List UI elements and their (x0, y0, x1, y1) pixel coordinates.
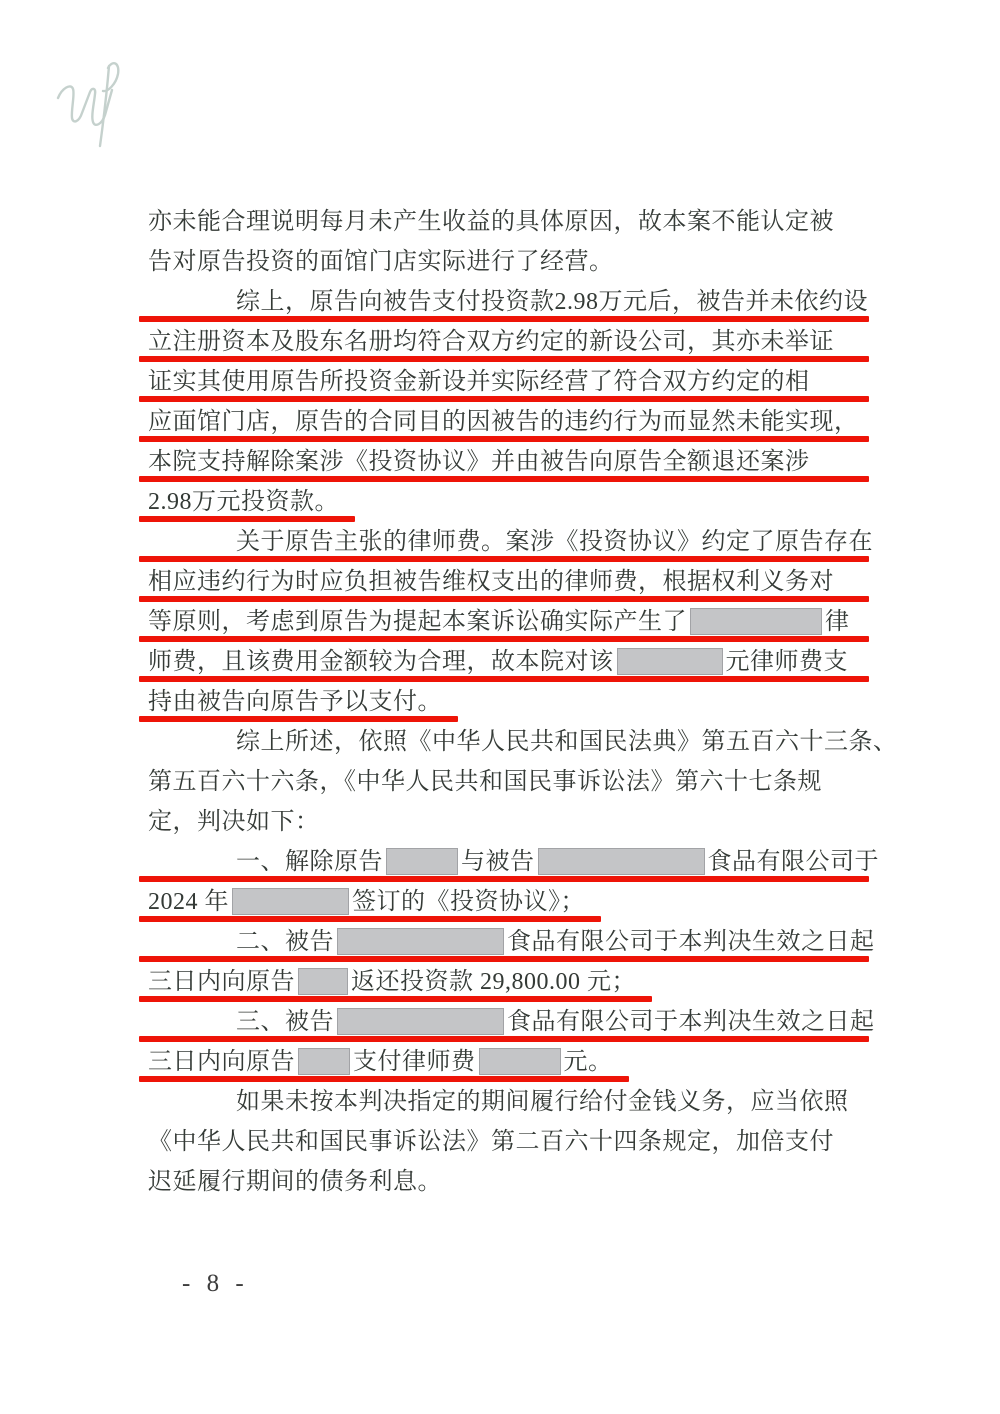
line-content: 综上，原告向被告支付投资款2.98万元后，被告并未依约设 (192, 282, 868, 322)
line-text: 二、被告 (236, 929, 334, 955)
line-text: 等原则，考虑到原告为提起本案诉讼确实际产生了 (148, 609, 687, 635)
underlined-text-line: 2.98万元投资款。 (148, 482, 860, 522)
text-line: 《中华人民共和国民事诉讼法》第二百六十四条规定，加倍支付 (148, 1122, 860, 1162)
line-text: 支付律师费 (353, 1049, 476, 1075)
underlined-text-line: 本院支持解除案涉《投资协议》并由被告向原告全额退还案涉 (148, 442, 860, 482)
line-content: 应面馆门店，原告的合同目的因被告的违约行为而显然未能实现， (148, 402, 859, 442)
text-line: 定，判决如下： (148, 802, 860, 842)
text-line: 亦未能合理说明每月未产生收益的具体原因，故本案不能认定被 (148, 202, 860, 242)
line-text: 与被告 (461, 849, 535, 875)
underlined-text-line: 师费，且该费用金额较为合理，故本院对该元律师费支 (148, 642, 860, 682)
line-text: 律 (825, 609, 850, 635)
line-text: 应面馆门店，原告的合同目的因被告的违约行为而显然未能实现， (148, 409, 859, 435)
line-content: 相应违约行为时应负担被告维权支出的律师费，根据权利义务对 (148, 562, 834, 602)
line-content: 一、解除原告与被告食品有限公司于 (192, 842, 879, 882)
line-content: 2024 年签订的《投资协议》； (148, 882, 585, 922)
line-text: 三日内向原告 (148, 1049, 295, 1075)
line-text: 告对原告投资的面馆门店实际进行了经营。 (148, 249, 614, 275)
line-content: 综上所述，依照《中华人民共和国民法典》第五百六十三条、 (192, 722, 898, 762)
line-text: 三日内向原告 (148, 969, 295, 995)
line-text: 第五百六十六条，《中华人民共和国民事诉讼法》第六十七条规 (148, 769, 822, 795)
underlined-text-line: 综上，原告向被告支付投资款2.98万元后，被告并未依约设 (148, 282, 860, 322)
underlined-text-line: 三、被告食品有限公司于本判决生效之日起 (148, 1002, 860, 1042)
text-line: 第五百六十六条，《中华人民共和国民事诉讼法》第六十七条规 (148, 762, 860, 802)
line-content: 告对原告投资的面馆门店实际进行了经营。 (148, 242, 614, 282)
redaction-box (479, 1048, 561, 1075)
redaction-box (298, 968, 348, 995)
line-text: 相应违约行为时应负担被告维权支出的律师费，根据权利义务对 (148, 569, 834, 595)
redaction-box (538, 848, 705, 875)
underlined-text-line: 二、被告食品有限公司于本判决生效之日起 (148, 922, 860, 962)
underlined-text-line: 相应违约行为时应负担被告维权支出的律师费，根据权利义务对 (148, 562, 860, 602)
line-text: 元。 (564, 1049, 613, 1075)
handwriting-mark-icon (42, 42, 162, 162)
line-content: 三日内向原告支付律师费元。 (148, 1042, 613, 1082)
line-text: 一、解除原告 (236, 849, 383, 875)
underlined-text-line: 等原则，考虑到原告为提起本案诉讼确实际产生了律 (148, 602, 860, 642)
line-content: 三、被告食品有限公司于本判决生效之日起 (192, 1002, 875, 1042)
line-text: 亦未能合理说明每月未产生收益的具体原因，故本案不能认定被 (148, 209, 834, 235)
line-text: 关于原告主张的律师费。案涉《投资协议》约定了原告存在 (236, 529, 873, 555)
line-text: 综上所述，依照《中华人民共和国民法典》第五百六十三条、 (236, 729, 898, 755)
underlined-text-line: 关于原告主张的律师费。案涉《投资协议》约定了原告存在 (148, 522, 860, 562)
line-text: 定，判决如下： (148, 809, 320, 835)
underlined-text-line: 应面馆门店，原告的合同目的因被告的违约行为而显然未能实现， (148, 402, 860, 442)
text-line: 迟延履行期间的债务利息。 (148, 1162, 860, 1202)
line-content: 关于原告主张的律师费。案涉《投资协议》约定了原告存在 (192, 522, 873, 562)
line-text: 立注册资本及股东名册均符合双方约定的新设公司，其亦未举证 (148, 329, 834, 355)
line-content: 立注册资本及股东名册均符合双方约定的新设公司，其亦未举证 (148, 322, 834, 362)
line-content: 定，判决如下： (148, 802, 320, 842)
page-number: - 8 - (182, 1270, 249, 1298)
line-content: 亦未能合理说明每月未产生收益的具体原因，故本案不能认定被 (148, 202, 834, 242)
line-content: 如果未按本判决指定的期间履行给付金钱义务，应当依照 (192, 1082, 849, 1122)
line-content: 二、被告食品有限公司于本判决生效之日起 (192, 922, 875, 962)
line-text: 综上，原告向被告支付投资款2.98万元后，被告并未依约设 (236, 289, 868, 315)
judgment-page: 亦未能合理说明每月未产生收益的具体原因，故本案不能认定被告对原告投资的面馆门店实… (0, 0, 1000, 1414)
line-text: 本院支持解除案涉《投资协议》并由被告向原告全额退还案涉 (148, 449, 810, 475)
line-text: 返还投资款 29,800.00 元； (351, 969, 636, 995)
redaction-box (337, 1008, 504, 1035)
line-text: 证实其使用原告所投资金新设并实际经营了符合双方约定的相 (148, 369, 810, 395)
line-text: 食品有限公司于本判决生效之日起 (507, 1009, 875, 1035)
line-content: 三日内向原告返还投资款 29,800.00 元； (148, 962, 636, 1002)
line-text: 2024 年 (148, 889, 229, 915)
redaction-box (386, 848, 458, 875)
text-line: 告对原告投资的面馆门店实际进行了经营。 (148, 242, 860, 282)
line-content: 2.98万元投资款。 (148, 482, 339, 522)
text-line: 综上所述，依照《中华人民共和国民法典》第五百六十三条、 (148, 722, 860, 762)
redaction-box (337, 928, 504, 955)
line-text: 《中华人民共和国民事诉讼法》第二百六十四条规定，加倍支付 (148, 1129, 834, 1155)
line-text: 三、被告 (236, 1009, 334, 1035)
text-line: 如果未按本判决指定的期间履行给付金钱义务，应当依照 (148, 1082, 860, 1122)
document-body: 亦未能合理说明每月未产生收益的具体原因，故本案不能认定被告对原告投资的面馆门店实… (148, 202, 860, 1202)
line-text: 师费，且该费用金额较为合理，故本院对该 (148, 649, 614, 675)
line-text: 2.98万元投资款。 (148, 489, 339, 515)
line-content: 师费，且该费用金额较为合理，故本院对该元律师费支 (148, 642, 848, 682)
underlined-text-line: 持由被告向原告予以支付。 (148, 682, 860, 722)
line-content: 第五百六十六条，《中华人民共和国民事诉讼法》第六十七条规 (148, 762, 822, 802)
line-text: 食品有限公司于本判决生效之日起 (507, 929, 875, 955)
redaction-box (232, 888, 349, 915)
line-content: 等原则，考虑到原告为提起本案诉讼确实际产生了律 (148, 602, 850, 642)
underlined-text-line: 立注册资本及股东名册均符合双方约定的新设公司，其亦未举证 (148, 322, 860, 362)
line-text: 元律师费支 (726, 649, 849, 675)
underlined-text-line: 证实其使用原告所投资金新设并实际经营了符合双方约定的相 (148, 362, 860, 402)
line-text: 签订的《投资协议》； (352, 889, 585, 915)
line-content: 《中华人民共和国民事诉讼法》第二百六十四条规定，加倍支付 (148, 1122, 834, 1162)
line-content: 证实其使用原告所投资金新设并实际经营了符合双方约定的相 (148, 362, 810, 402)
underlined-text-line: 一、解除原告与被告食品有限公司于 (148, 842, 860, 882)
line-text: 如果未按本判决指定的期间履行给付金钱义务，应当依照 (236, 1089, 849, 1115)
line-content: 迟延履行期间的债务利息。 (148, 1162, 442, 1202)
line-text: 食品有限公司于 (708, 849, 880, 875)
line-text: 持由被告向原告予以支付。 (148, 689, 442, 715)
redaction-box (298, 1048, 350, 1075)
underlined-text-line: 三日内向原告返还投资款 29,800.00 元； (148, 962, 860, 1002)
underlined-text-line: 2024 年签订的《投资协议》； (148, 882, 860, 922)
line-content: 持由被告向原告予以支付。 (148, 682, 442, 722)
redaction-box (690, 608, 822, 635)
line-content: 本院支持解除案涉《投资协议》并由被告向原告全额退还案涉 (148, 442, 810, 482)
underlined-text-line: 三日内向原告支付律师费元。 (148, 1042, 860, 1082)
redaction-box (617, 648, 723, 675)
line-text: 迟延履行期间的债务利息。 (148, 1169, 442, 1195)
